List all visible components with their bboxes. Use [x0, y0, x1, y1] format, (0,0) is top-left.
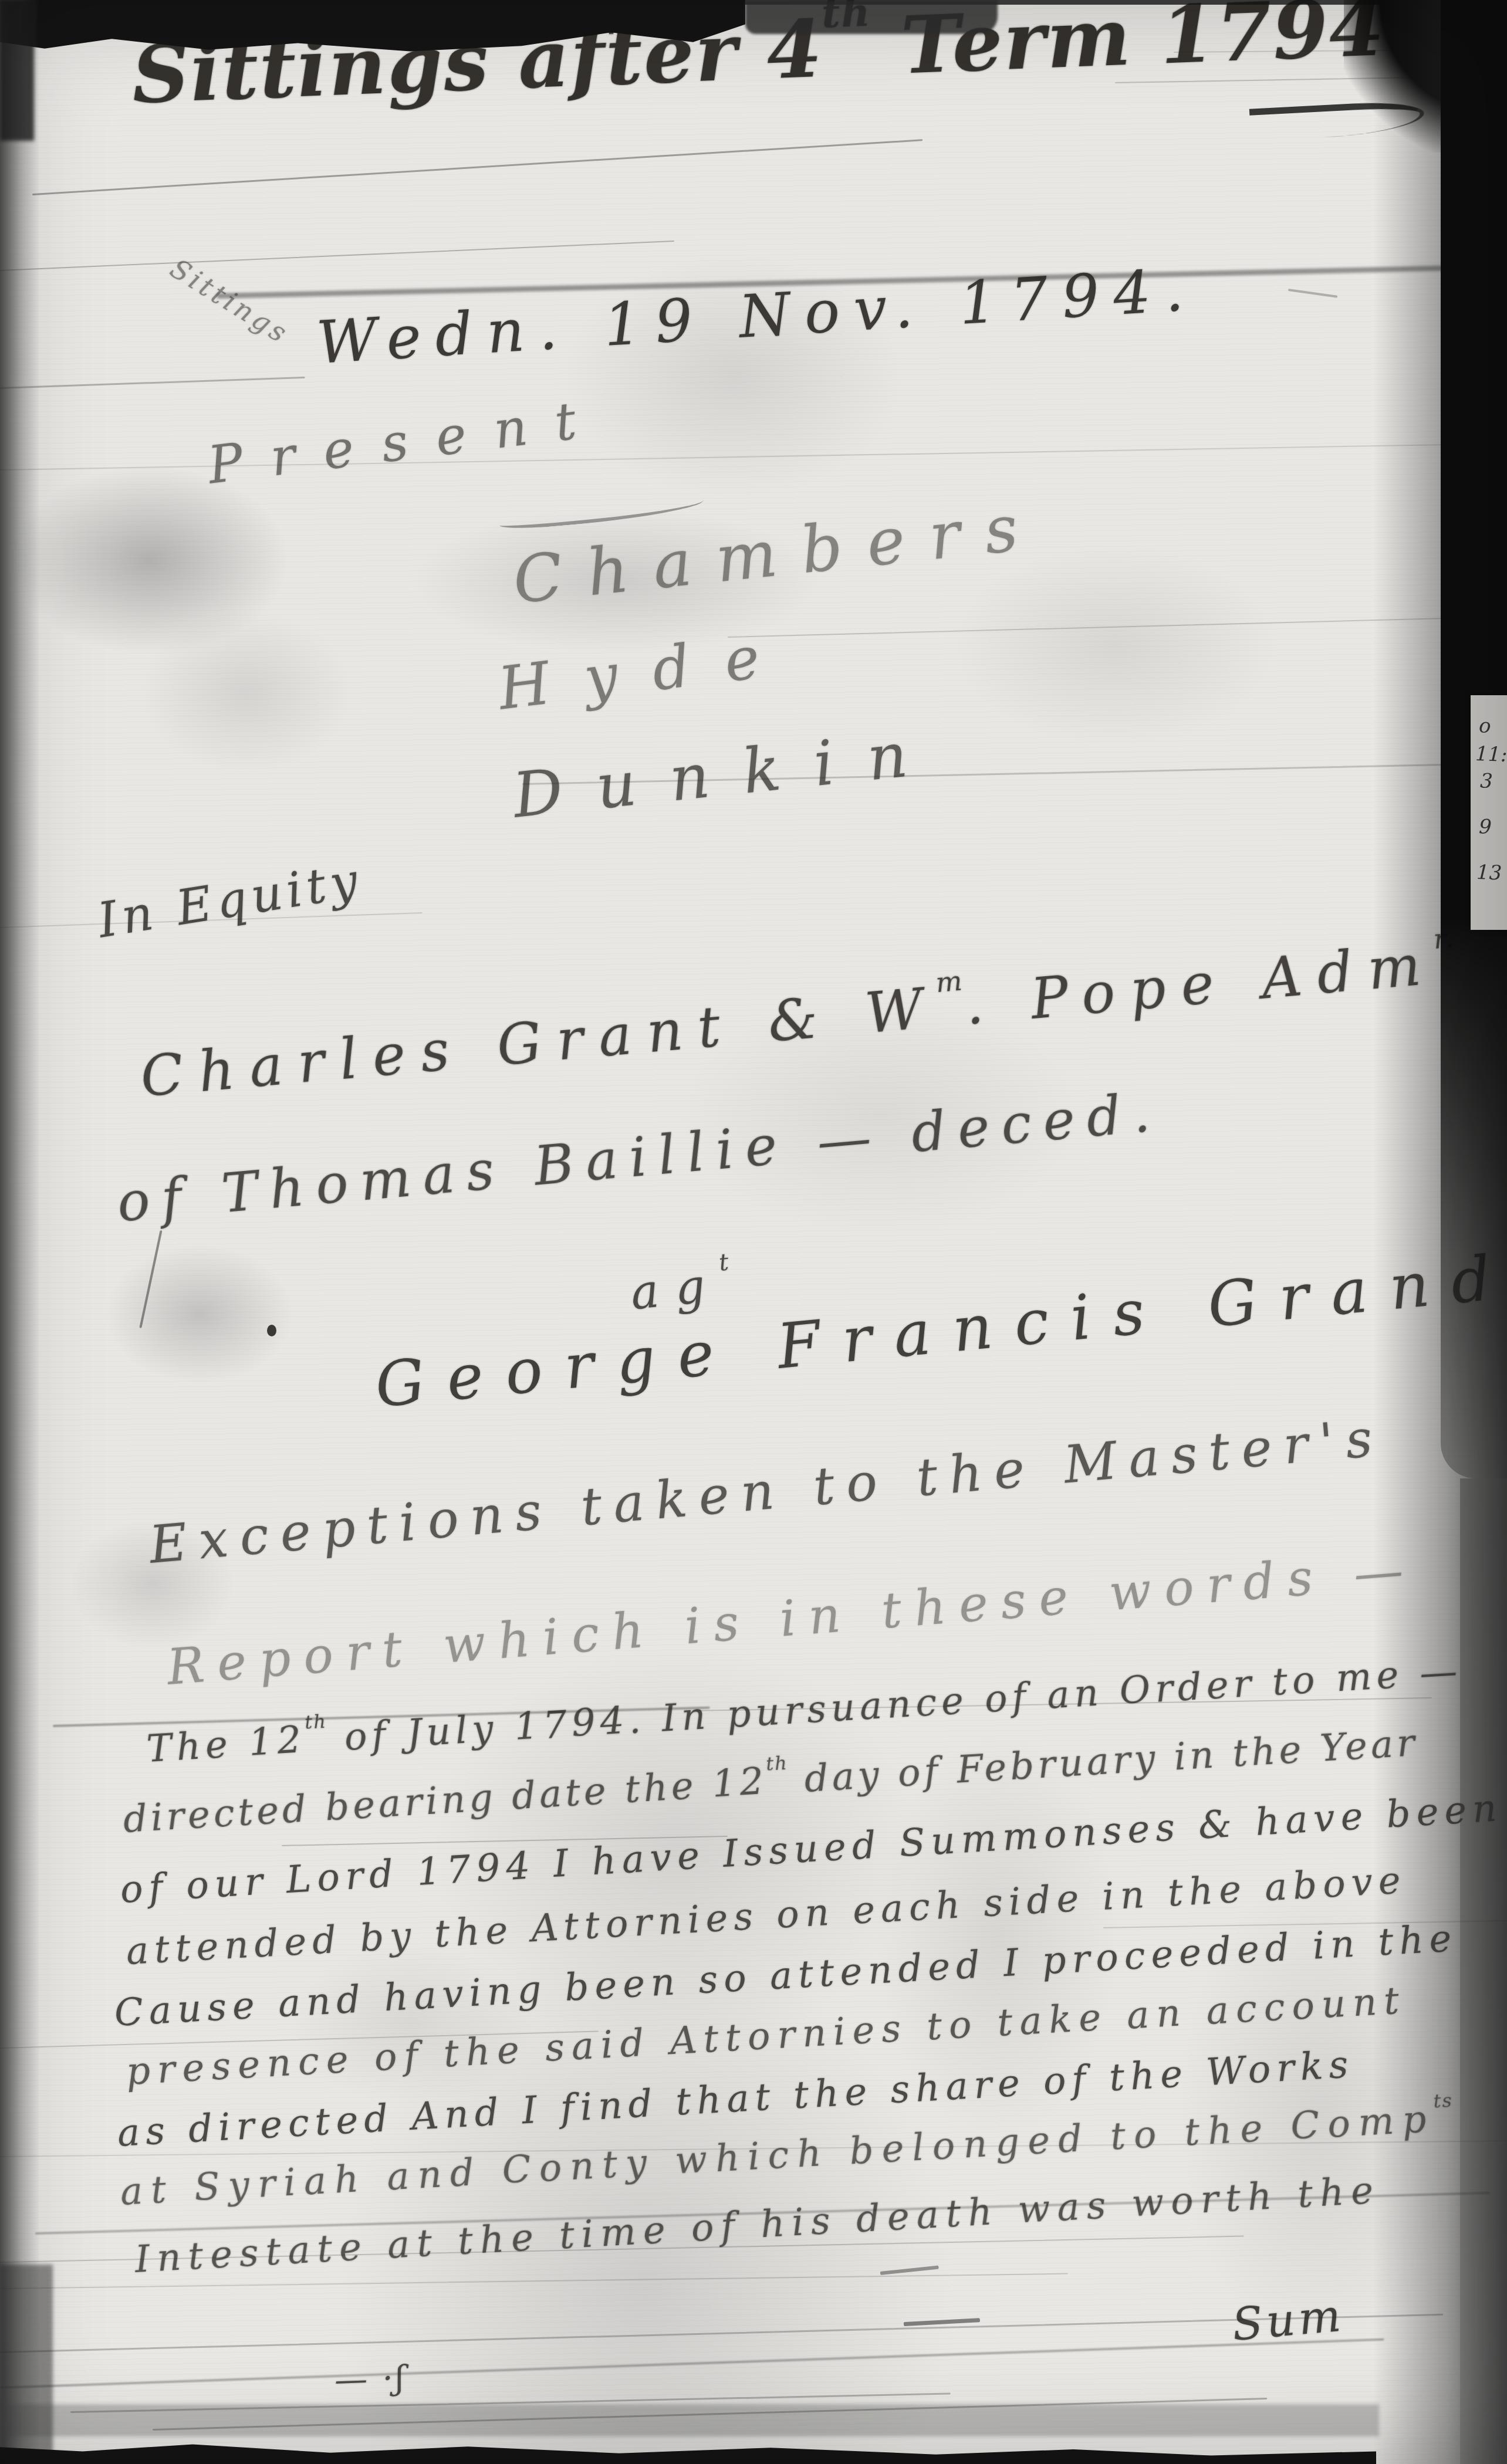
ruled-line — [0, 241, 674, 271]
ink-scribble — [1288, 289, 1338, 298]
adjacent-page-fragment: o — [1478, 716, 1507, 737]
margin-note-sittings: Sittings — [166, 254, 294, 348]
ruled-line — [32, 139, 923, 195]
case-estate-line: of Thomas Baillie — deced. — [115, 1085, 1164, 1230]
bottom-edge-smudge — [0, 2404, 1379, 2436]
plaintiff-role: . Pope Adm — [962, 932, 1438, 1038]
hearing-date-line: Wedn. 19 Nov. 1794. — [315, 260, 1199, 373]
manuscript-page-scan: Sittings after 4th Term 1794. Sittings W… — [0, 0, 1507, 2464]
judge-dunkin: Dunkin — [511, 721, 944, 827]
case-defendant-line: George Francis Grand — [373, 1246, 1507, 1417]
abbrev-superscript: m — [934, 965, 965, 1000]
adjacent-page-strip: o 11: 3 9 13 — [1471, 695, 1507, 930]
present-label: Present — [205, 392, 607, 492]
ink-dash-mark — [904, 2318, 980, 2326]
report-text: The 12 — [146, 1718, 307, 1771]
case-plaintiff-line: Charles Grant & Wm. Pope Admr. — [138, 935, 1459, 1106]
ink-dash-mark — [880, 2266, 939, 2275]
top-edge-blob — [745, 0, 998, 34]
jurisdiction-label: In Equity — [95, 856, 366, 945]
ink-dot — [267, 1325, 276, 1336]
versus-text: ag — [628, 1257, 724, 1321]
present-flourish-stroke — [498, 495, 704, 531]
adjacent-page-fragment: 13 — [1476, 862, 1507, 884]
judge-hyde: Hyde — [495, 624, 798, 719]
exceptions-line-1: Exceptions taken to the Master's — [147, 1412, 1386, 1571]
left-edge-top-corner — [0, 0, 34, 141]
bottom-ink-marks: — ·ʃ — [334, 2362, 407, 2397]
left-edge-shadow — [0, 0, 40, 2464]
report-text: day of February in the Year — [788, 1721, 1419, 1802]
ordinal-superscript: th — [765, 1752, 789, 1775]
plaintiff-names: Charles Grant & W — [138, 976, 941, 1109]
ordinal-superscript: th — [304, 1710, 327, 1734]
ink-stray-stroke — [139, 1230, 162, 1328]
ruled-line — [0, 2314, 1443, 2353]
ruled-line — [0, 377, 305, 389]
adjacent-page-fragment: 9 — [1478, 817, 1507, 838]
catchword: Sum — [1231, 2293, 1346, 2347]
versus-abbrev: agt — [629, 1260, 734, 1317]
report-text: directed bearing date the 12 — [122, 1760, 768, 1842]
abbrev-superscript: t — [718, 1249, 731, 1277]
adjacent-page-fragment: 11: — [1475, 744, 1507, 765]
bottom-edge-band — [0, 2436, 1376, 2464]
right-gutter-lower-band — [1460, 1478, 1507, 2464]
adjacent-page-fragment: 3 — [1479, 771, 1507, 792]
